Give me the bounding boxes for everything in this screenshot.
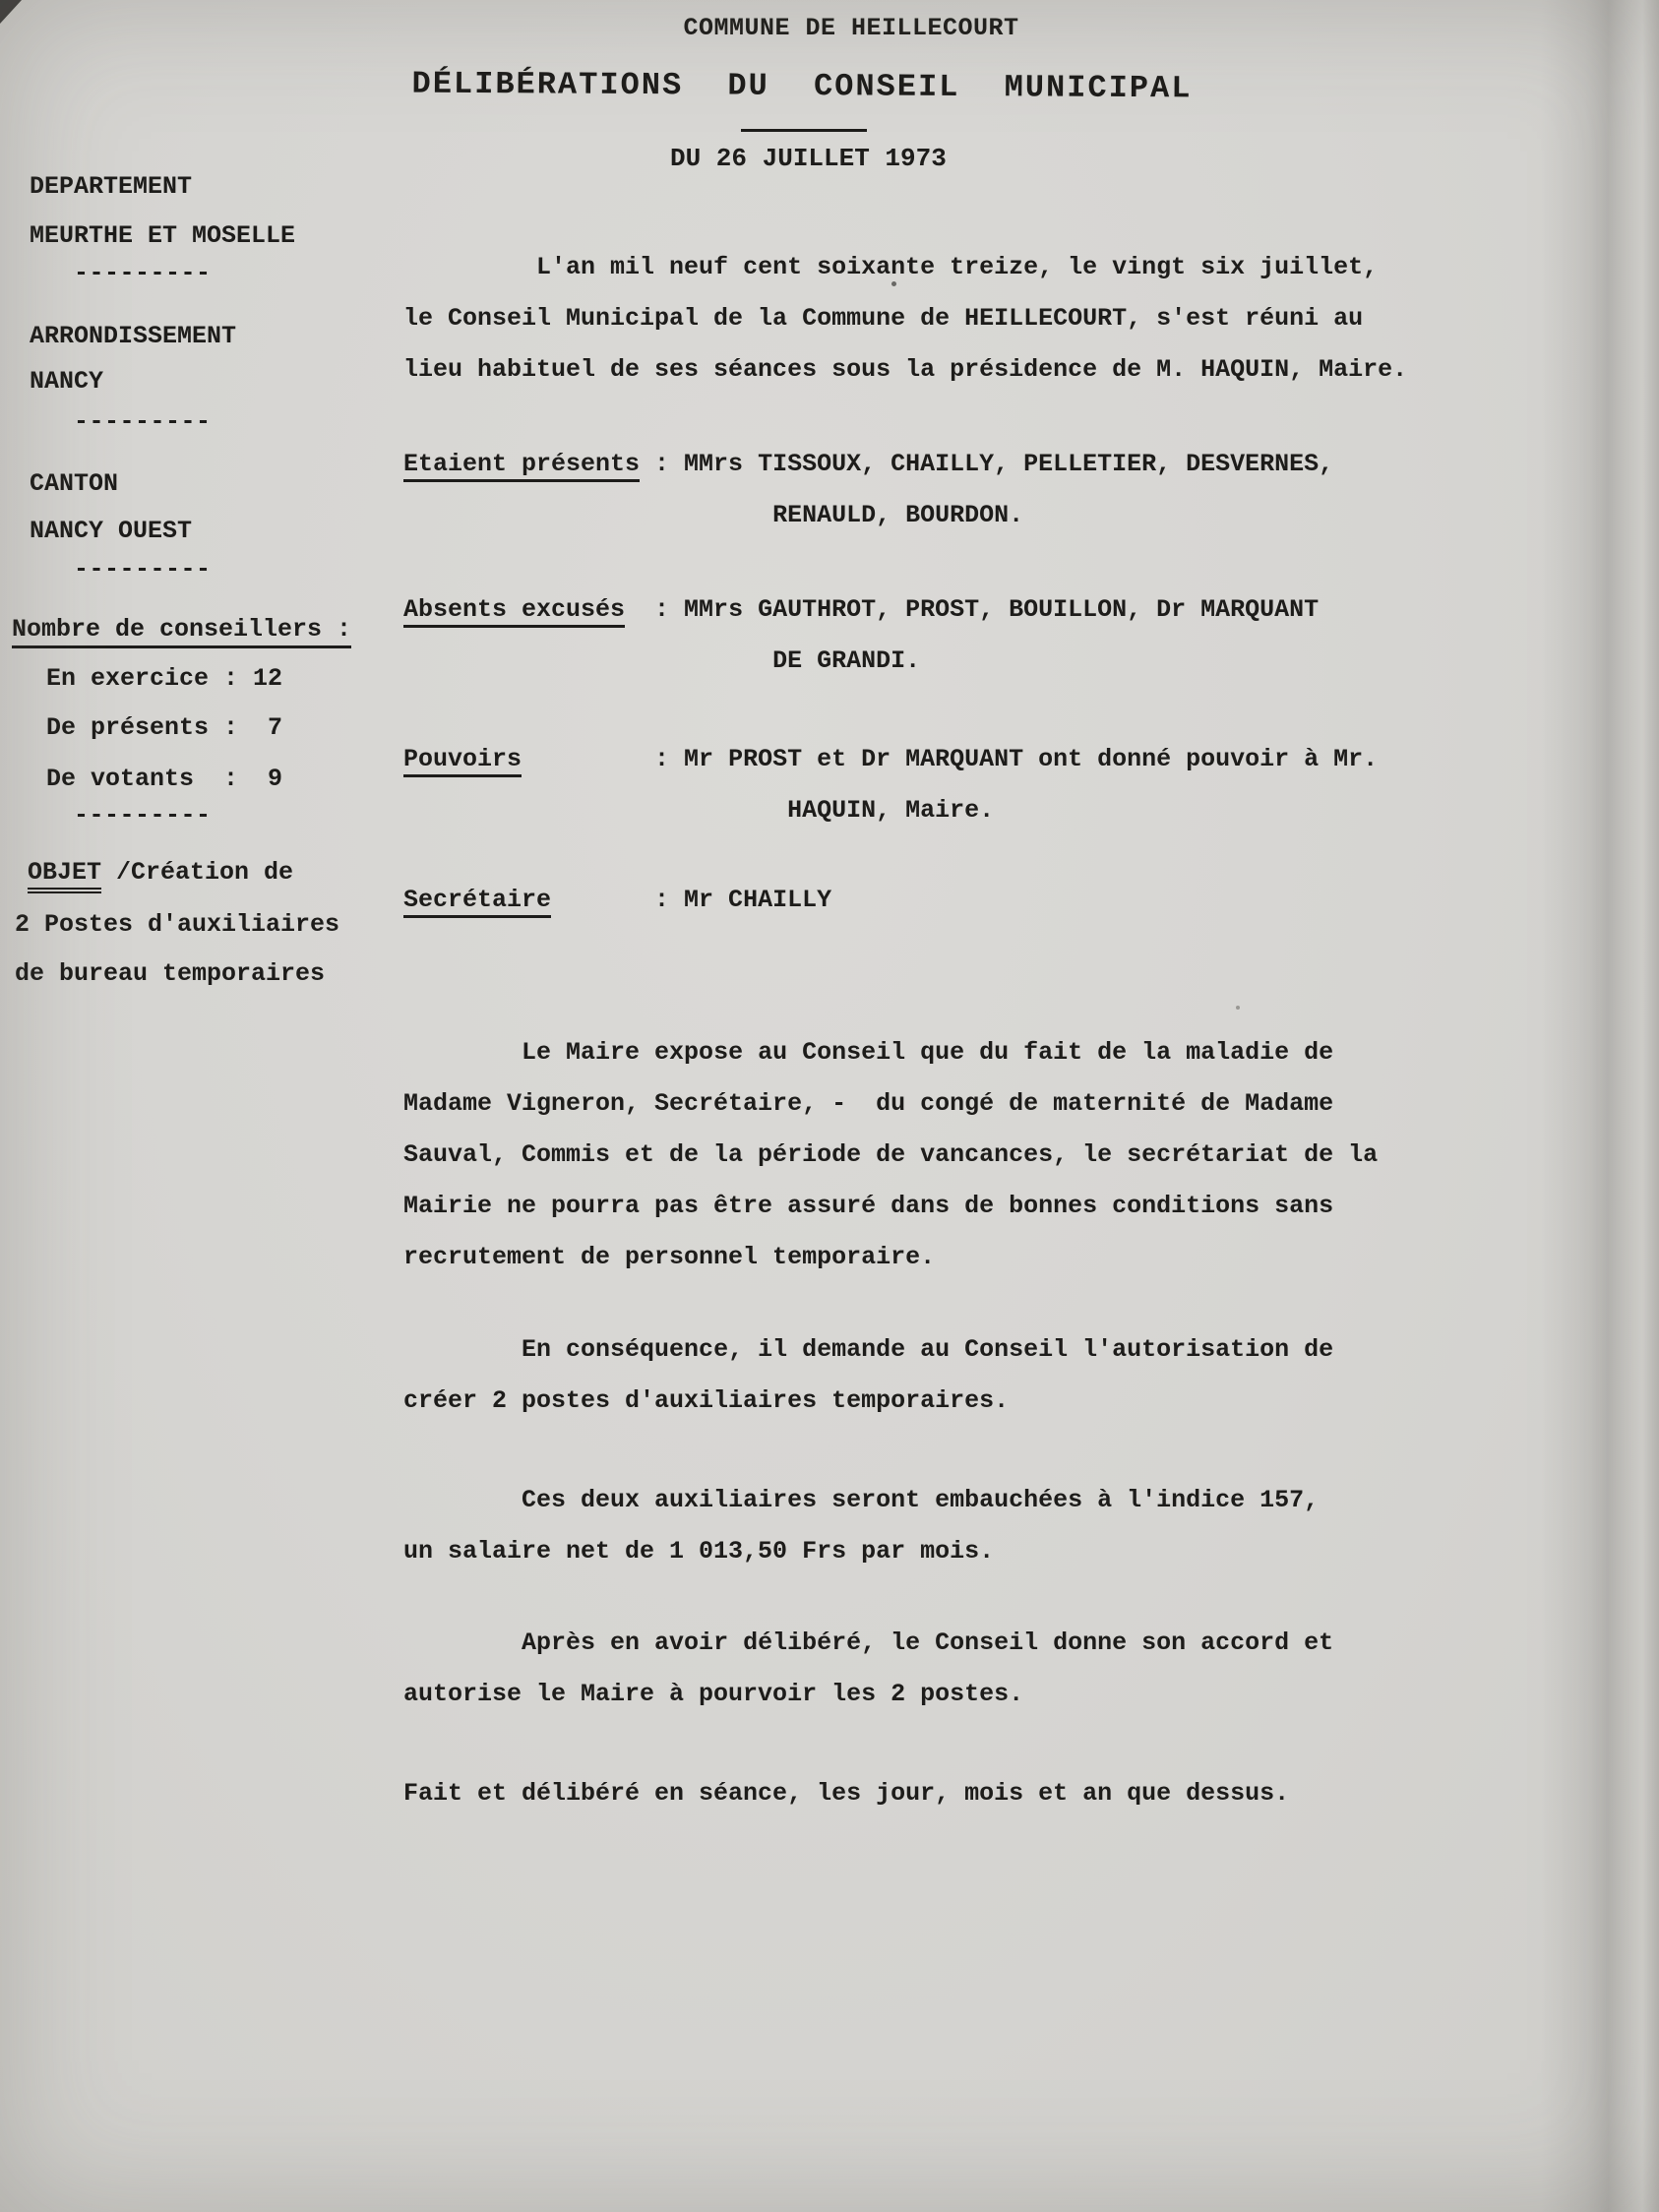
paragraph-expose: Le Maire expose au Conseil que du fait d… bbox=[403, 1027, 1505, 1283]
sidebar-separator: --------- bbox=[74, 407, 212, 437]
row-etaient-presents: Etaient présents : MMrs TISSOUX, CHAILLY… bbox=[403, 439, 1505, 541]
document-title: DÉLIBÉRATIONS DU CONSEIL MUNICIPAL bbox=[0, 66, 1604, 107]
secretaire-label: Secrétaire bbox=[403, 886, 551, 918]
header-rule bbox=[741, 129, 867, 132]
conseillers-en-exercice: En exercice : 12 bbox=[46, 664, 282, 694]
scan-fold-shadow bbox=[1541, 0, 1659, 2212]
commune-title: COMMUNE DE HEILLECOURT bbox=[43, 16, 1659, 40]
sidebar-separator: --------- bbox=[74, 801, 212, 830]
paragraph-salaire: Ces deux auxiliaires seront embauchées à… bbox=[403, 1475, 1505, 1577]
departement-value: MEURTHE ET MOSELLE bbox=[30, 221, 295, 251]
conseillers-votants: De votants : 9 bbox=[46, 765, 282, 794]
objet-line3: de bureau temporaires bbox=[15, 959, 325, 989]
pouvoirs-value: : Mr PROST et Dr MARQUANT ont donné pouv… bbox=[403, 745, 1378, 825]
row-absents-excuses: Absents excusés : MMrs GAUTHROT, PROST, … bbox=[403, 584, 1505, 687]
row-pouvoirs: Pouvoirs : Mr PROST et Dr MARQUANT ont d… bbox=[403, 734, 1505, 836]
conseillers-heading-text: Nombre de conseillers : bbox=[12, 615, 351, 648]
opening-paragraph: L'an mil neuf cent soixante treize, le v… bbox=[403, 242, 1505, 396]
sidebar-separator: --------- bbox=[74, 555, 212, 584]
paragraph-cloture: Fait et délibéré en séance, les jour, mo… bbox=[403, 1768, 1505, 1819]
conseillers-heading: Nombre de conseillers : bbox=[12, 615, 351, 645]
arrondissement-value: NANCY bbox=[30, 367, 103, 397]
paragraph-decision: Après en avoir délibéré, le Conseil donn… bbox=[403, 1618, 1505, 1720]
row-secretaire: Secrétaire : Mr CHAILLY bbox=[403, 875, 1505, 926]
scanned-document-page: COMMUNE DE HEILLECOURT DÉLIBÉRATIONS DU … bbox=[0, 0, 1659, 2212]
session-date: DU 26 JUILLET 1973 bbox=[670, 146, 947, 171]
canton-value: NANCY OUEST bbox=[30, 517, 192, 546]
objet-label: OBJET bbox=[28, 858, 101, 893]
pouvoirs-label: Pouvoirs bbox=[403, 745, 522, 777]
scan-corner-mark bbox=[0, 0, 22, 24]
paragraph-consequence: En conséquence, il demande au Conseil l'… bbox=[403, 1324, 1505, 1427]
objet-rest: /Création de bbox=[101, 858, 293, 887]
scan-speck bbox=[1236, 1006, 1240, 1010]
absents-excuses-label: Absents excusés bbox=[403, 595, 625, 628]
conseillers-presents: De présents : 7 bbox=[46, 713, 282, 743]
objet-line2: 2 Postes d'auxiliaires bbox=[15, 910, 339, 940]
secretaire-value: : Mr CHAILLY bbox=[551, 886, 831, 914]
objet-heading: OBJET /Création de bbox=[28, 858, 293, 888]
sidebar-separator: --------- bbox=[74, 259, 212, 288]
etaient-presents-label: Etaient présents bbox=[403, 450, 640, 482]
departement-label: DEPARTEMENT bbox=[30, 172, 192, 202]
canton-label: CANTON bbox=[30, 469, 118, 499]
arrondissement-label: ARRONDISSEMENT bbox=[30, 322, 236, 351]
